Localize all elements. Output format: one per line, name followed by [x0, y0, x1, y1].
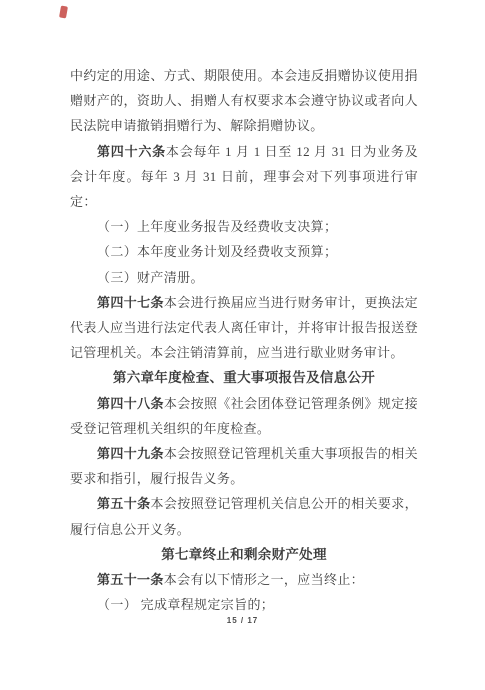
paragraph-text: 第七章终止和剩余财产处理	[161, 547, 327, 562]
article-paragraph: 第四十六条本会每年 1 月 1 日至 12 月 31 日为业务及会计年度。每年 …	[70, 139, 418, 215]
chapter-heading: 第七章终止和剩余财产处理	[70, 542, 418, 567]
paragraph-text: （三）财产清册。	[97, 270, 204, 285]
red-seal-mark	[59, 5, 68, 18]
list-item-paragraph: （一）上年度业务报告及经费收支决算；	[70, 214, 418, 239]
page-number-indicator: 15 / 17	[0, 616, 485, 625]
article-paragraph: 第五十条本会按照登记管理机关信息公开的相关要求，履行信息公开义务。	[70, 491, 418, 541]
article-number: 第四十九条	[97, 446, 164, 461]
paragraph-text: （二）本年度业务计划及经费收支预算；	[97, 244, 337, 259]
article-number: 第五十一条	[97, 572, 164, 587]
paragraph-text: 第六章年度检查、重大事项报告及信息公开	[113, 370, 375, 385]
list-item-paragraph: （一） 完成章程规定宗旨的；	[70, 592, 418, 617]
paragraph-text: 本会有以下情形之一，应当终止：	[164, 572, 364, 587]
chapter-heading: 第六章年度检查、重大事项报告及信息公开	[70, 365, 418, 390]
article-paragraph: 第四十八条本会按照《社会团体登记管理条例》规定接受登记管理机关组织的年度检查。	[70, 391, 418, 441]
article-number: 第五十条	[97, 496, 151, 511]
paragraph-text: （一） 完成章程规定宗旨的；	[97, 597, 274, 612]
article-paragraph: 第四十九条本会按照登记管理机关重大事项报告的相关要求和指引，履行报告义务。	[70, 441, 418, 491]
list-item-paragraph: （二）本年度业务计划及经费收支预算；	[70, 239, 418, 264]
article-number: 第四十八条	[97, 396, 164, 411]
document-text-block: 中约定的用途、方式、期限使用。本会违反捐赠协议使用捐赠财产的，资助人、捐赠人有权…	[70, 63, 418, 617]
list-item-paragraph: （三）财产清册。	[70, 265, 418, 290]
paragraph-text: 中约定的用途、方式、期限使用。本会违反捐赠协议使用捐赠财产的，资助人、捐赠人有权…	[70, 68, 418, 133]
article-paragraph: 第四十七条本会进行换届应当进行财务审计，更换法定代表人应当进行法定代表人离任审计…	[70, 290, 418, 366]
body-paragraph: 中约定的用途、方式、期限使用。本会违反捐赠协议使用捐赠财产的，资助人、捐赠人有权…	[70, 63, 418, 139]
paragraph-text: （一）上年度业务报告及经费收支决算；	[97, 219, 337, 234]
document-page: 中约定的用途、方式、期限使用。本会违反捐赠协议使用捐赠财产的，资助人、捐赠人有权…	[0, 0, 485, 690]
article-paragraph: 第五十一条本会有以下情形之一，应当终止：	[70, 567, 418, 592]
article-number: 第四十六条	[97, 144, 166, 159]
article-number: 第四十七条	[97, 295, 164, 310]
